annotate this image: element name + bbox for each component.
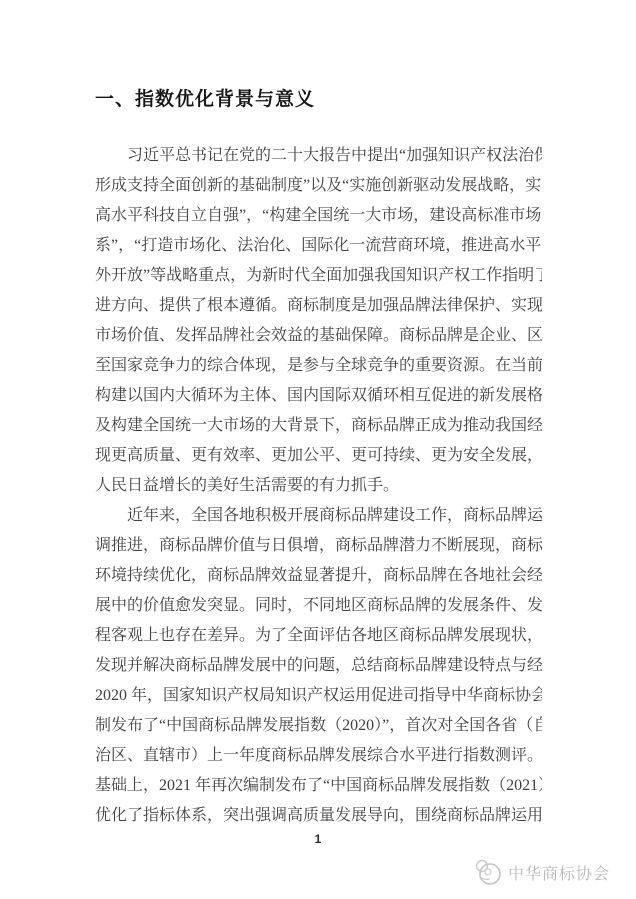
text-line: 人民日益增长的美好生活需要的有力抓手。 — [95, 471, 542, 501]
text-line: 治区、直辖市）上一年度商标品牌发展综合水平进行指数测评。在此 — [95, 741, 542, 771]
page-number: 1 — [0, 832, 636, 846]
text-line: 近年来，全国各地积极开展商标品牌建设工作，商标品牌运用协 — [95, 501, 542, 531]
section-heading: 一、指数优化背景与意义 — [95, 84, 315, 111]
text-line: 外开放”等战略重点，为新时代全面加强我国知识产权工作指明了前 — [95, 261, 542, 291]
text-line: 制发布了“中国商标品牌发展指数（2020）”，首次对全国各省（自 — [95, 711, 542, 741]
text-line: 构建以国内大循环为主体、国内国际双循环相互促进的新发展格局以 — [95, 381, 542, 411]
text-line: 进方向、提供了根本遵循。商标制度是加强品牌法律保护、实现品牌 — [95, 291, 542, 321]
text-line: 高水平科技自立自强”，“构建全国统一大市场，建设高标准市场体 — [95, 201, 542, 231]
cta-emblem-icon — [473, 857, 503, 887]
text-line: 及构建全国统一大市场的大背景下，商标品牌正成为推动我国经济实 — [95, 411, 542, 441]
document-body: 习近平总书记在党的二十大报告中提出“加强知识产权法治保障，形成支持全面创新的基础… — [95, 141, 542, 831]
watermark-label: 中华商标协会 — [508, 861, 610, 884]
text-line: 发现并解决商标品牌发展中的问题，总结商标品牌建设特点与经验， — [95, 651, 542, 681]
text-line: 2020 年，国家知识产权局知识产权运用促进司指导中华商标协会编 — [95, 681, 542, 711]
text-line: 调推进，商标品牌价值与日俱增，商标品牌潜力不断展现，商标品牌 — [95, 531, 542, 561]
watermark: 中华商标协会 — [473, 857, 610, 887]
paragraph: 习近平总书记在党的二十大报告中提出“加强知识产权法治保障，形成支持全面创新的基础… — [95, 141, 542, 501]
text-line: 程客观上也存在差异。为了全面评估各地区商标品牌发展现状，及时 — [95, 621, 542, 651]
text-line: 形成支持全面创新的基础制度”以及“实施创新驱动发展战略，实现 — [95, 171, 542, 201]
text-line: 基础上，2021 年再次编制发布了“中国商标品牌发展指数（2021）”， — [95, 771, 542, 801]
text-line: 现更高质量、更有效率、更加公平、更可持续、更为安全发展，满足 — [95, 441, 542, 471]
text-line: 至国家竞争力的综合体现，是参与全球竞争的重要资源。在当前加快 — [95, 351, 542, 381]
paragraph: 近年来，全国各地积极开展商标品牌建设工作，商标品牌运用协调推进，商标品牌价值与日… — [95, 501, 542, 831]
text-line: 习近平总书记在党的二十大报告中提出“加强知识产权法治保障， — [95, 141, 542, 171]
text-line: 展中的价值愈发突显。同时，不同地区商标品牌的发展条件、发展进 — [95, 591, 542, 621]
text-line: 环境持续优化，商标品牌效益显著提升，商标品牌在各地社会经济发 — [95, 561, 542, 591]
text-line: 系”，“打造市场化、法治化、国际化一流营商环境，推进高水平对 — [95, 231, 542, 261]
document-page: 一、指数优化背景与意义 习近平总书记在党的二十大报告中提出“加强知识产权法治保障… — [0, 0, 636, 899]
text-line: 市场价值、发挥品牌社会效益的基础保障。商标品牌是企业、区域乃 — [95, 321, 542, 351]
text-line: 优化了指标体系，突出强调高质量发展导向，围绕商标品牌运用推进、 — [95, 801, 542, 831]
